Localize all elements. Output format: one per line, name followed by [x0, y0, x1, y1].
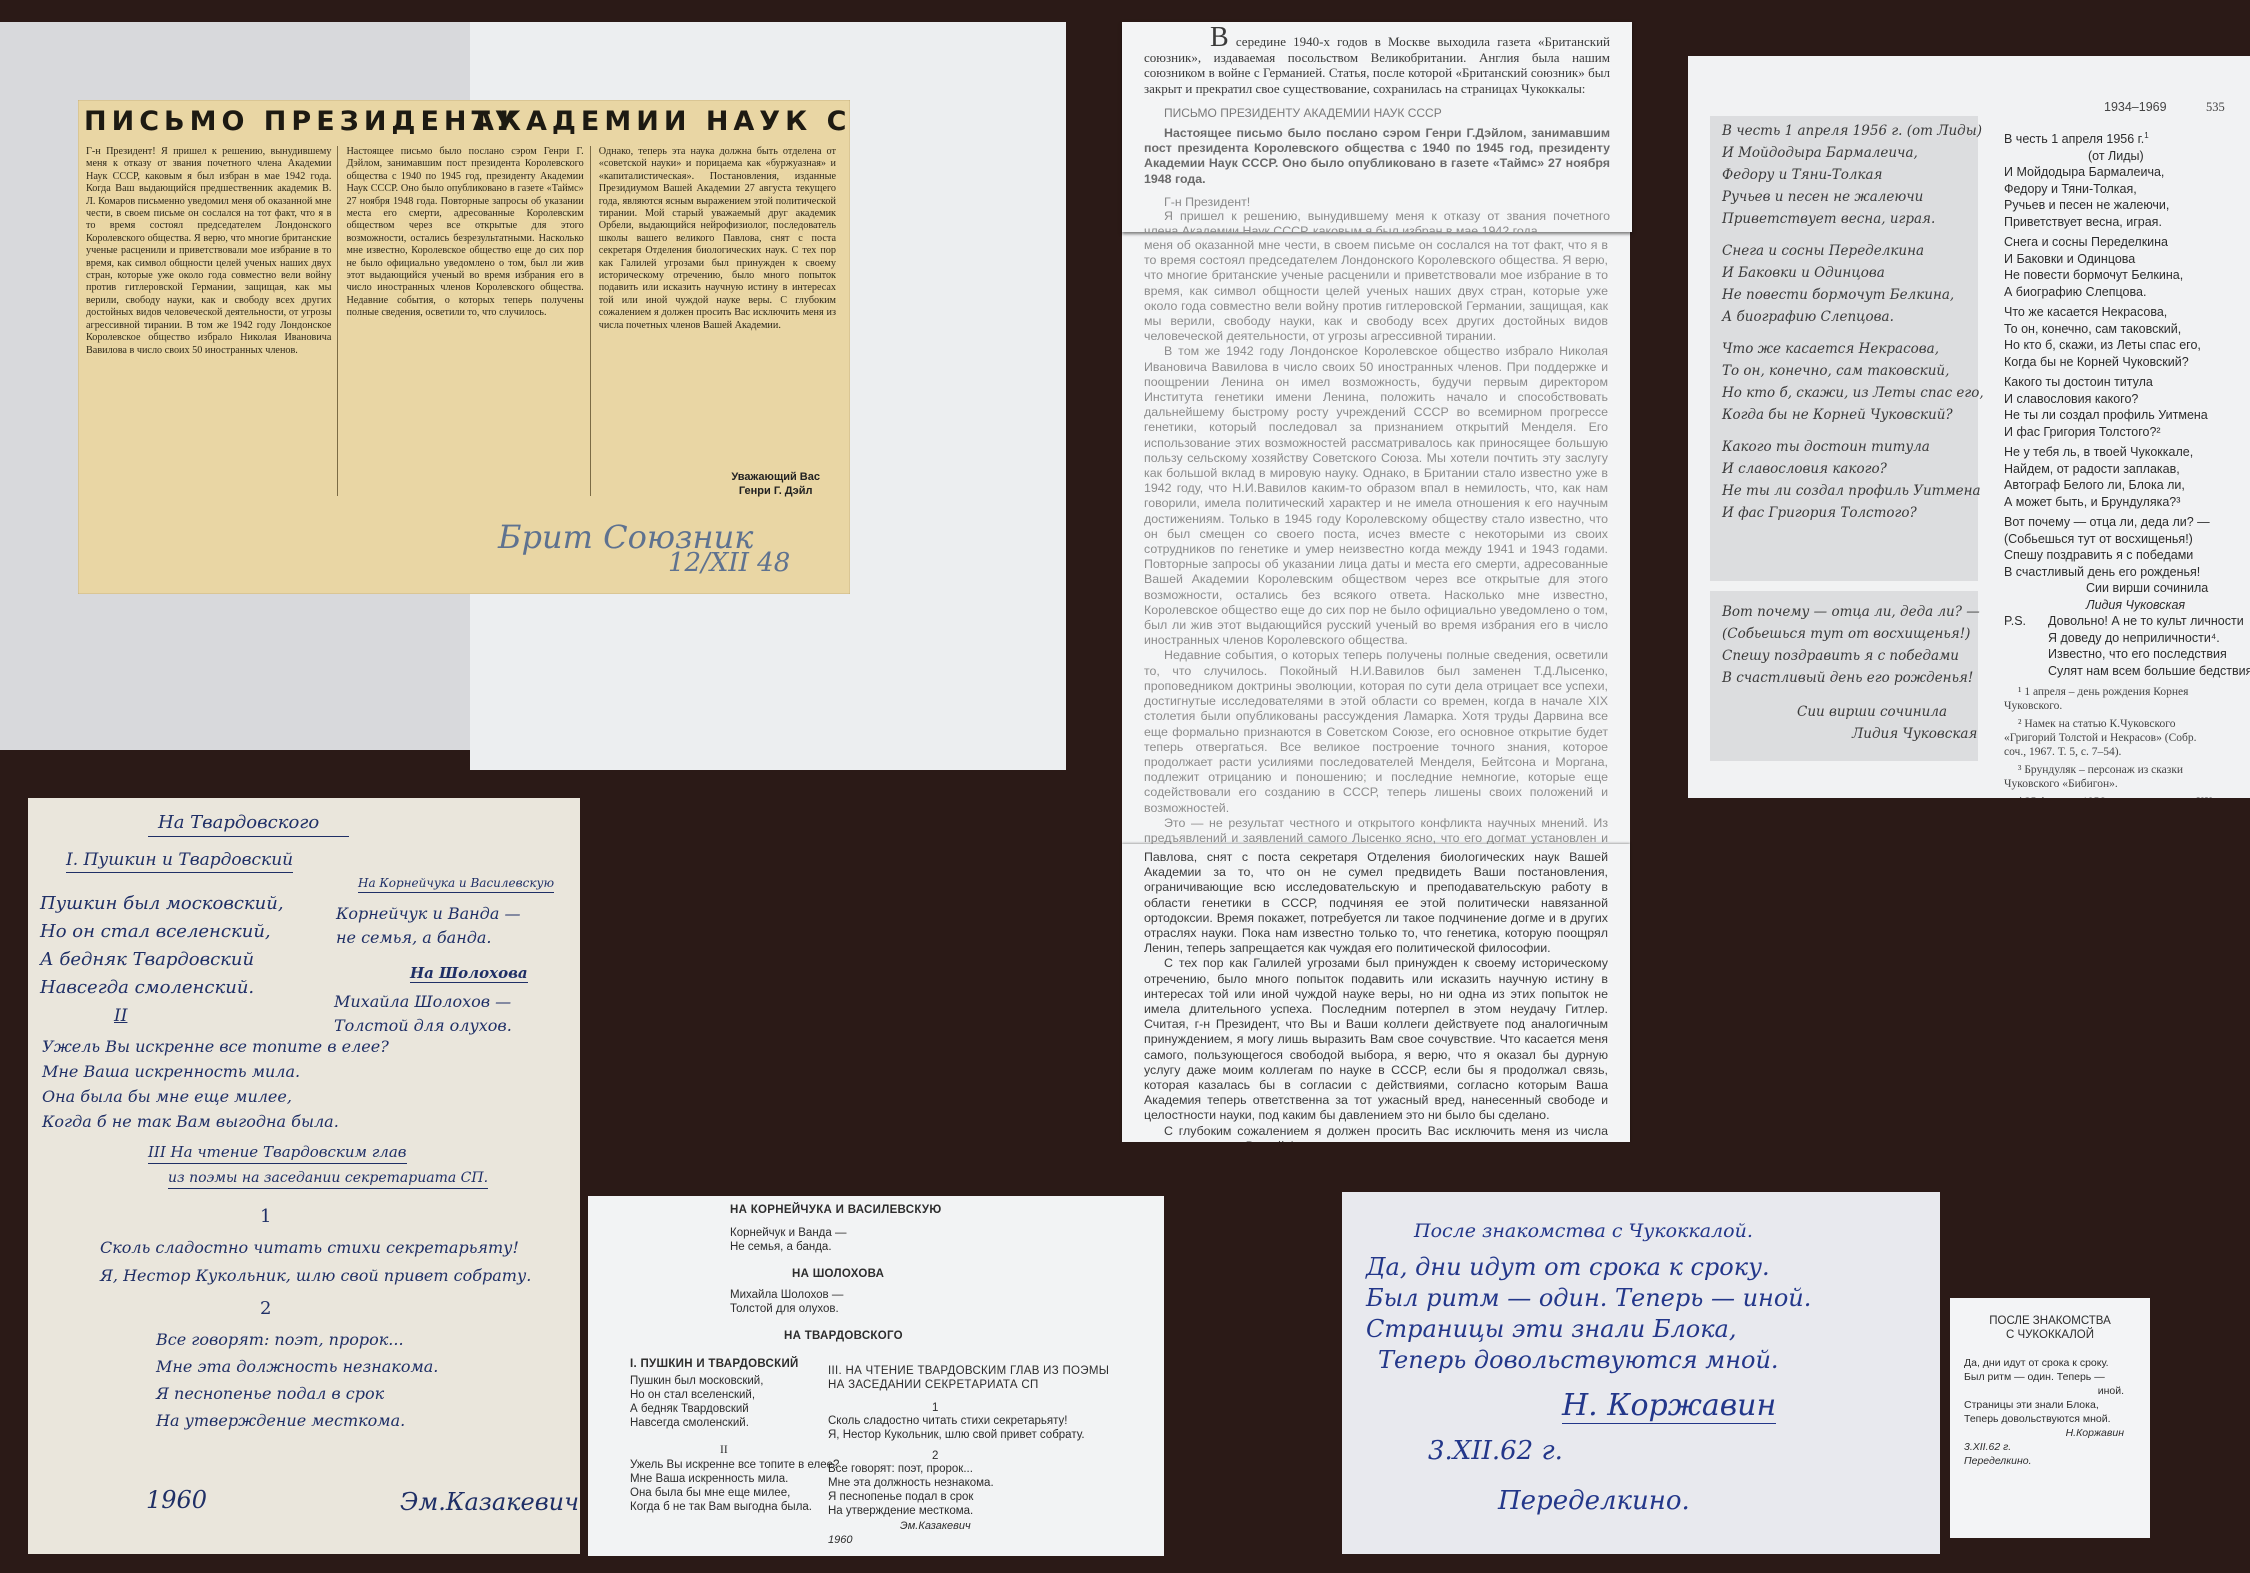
- poem-line: Федору и Тяни-Толкая,: [2004, 181, 2244, 198]
- manuscript-line: Не ты ли создал профиль Уитмена: [1722, 480, 1984, 502]
- letter-intro-dropcap: В: [1144, 22, 1229, 53]
- kt-author: Н.Коржавин: [1964, 1426, 2124, 1440]
- ms-section3-title-1: III На чтение Твардовским глав: [148, 1143, 407, 1164]
- ts-s1: Пушкин был московский, Но он стал вселен…: [630, 1374, 763, 1430]
- poem-signoff-2: Лидия Чуковская: [2086, 597, 2244, 614]
- poem-line: И Мойдодыра Бармалеича,: [2004, 164, 2244, 181]
- poem-line: Страницы эти знали Блока,: [1964, 1398, 2124, 1412]
- ps-label: P.S.: [2004, 613, 2026, 679]
- kt-title-1: ПОСЛЕ ЗНАКОМСТВА: [1950, 1314, 2150, 1328]
- poem-line: Корнейчук и Ванда —: [730, 1226, 846, 1240]
- ts-t1: Корнейчук и Ванда — Не семья, а банда.: [730, 1226, 846, 1254]
- ms-part1-num: 1: [260, 1206, 271, 1227]
- manuscript-line: Но кто б, скажи, из Леты спас его,: [1722, 382, 1984, 404]
- letter-para-1: Я пришел к решению, вынудившему меня к о…: [1144, 209, 1610, 232]
- poem-line: Да, дни идут от срока к сроку.: [1964, 1356, 2124, 1370]
- manuscript-line: Снега и сосны Переделкина: [1722, 240, 1984, 262]
- clipping-signoff: Уважающий Вас Генри Г. Дэйл: [731, 470, 820, 498]
- poem-line: Вот почему — отца ли, деда ли? —: [2004, 514, 2244, 531]
- manuscript-line: И Баковки и Одинцова: [1722, 262, 1984, 284]
- poem-line: То он, конечно, сам таковский,: [2004, 321, 2244, 338]
- poem-line: Довольно! А не то культ личности: [2048, 613, 2250, 630]
- poem-line: На утверждение месткома.: [828, 1504, 994, 1518]
- ts-s2-num: II: [720, 1442, 728, 1459]
- ms-year: 1960: [146, 1486, 207, 1514]
- poem-line: Какого ты достоин титула: [2004, 374, 2244, 391]
- clipping-columns: Г-н Президент! Я пришел к решению, вынуд…: [86, 146, 842, 496]
- postscript: P.S. Довольно! А не то культ личности Я …: [2004, 613, 2244, 679]
- ms-line: А бедняк Твардовский: [40, 946, 284, 974]
- poem-line: Я доведу до неприличности⁴.: [2048, 630, 2250, 647]
- ps-lines: Довольно! А не то культ личности Я довед…: [2048, 613, 2250, 679]
- ms-line: Мне Ваша искренность мила.: [42, 1059, 389, 1084]
- stanza-3: Что же касается Некрасова, То он, конечн…: [2004, 304, 2244, 370]
- footnote: ¹ 1 апреля – день рождения Корнея Чуковс…: [2004, 685, 2214, 713]
- kz-line: Страницы эти знали Блока,: [1366, 1314, 1811, 1345]
- kt-title: ПОСЛЕ ЗНАКОМСТВА С ЧУКОККАЛОЙ: [1950, 1314, 2150, 1342]
- kz-line-title: После знакомства с Чукоккалой.: [1414, 1220, 1753, 1242]
- stanza-1: И Мойдодыра Бармалеича, Федору и Тяни-То…: [2004, 164, 2244, 230]
- ms-part2: Все говорят: поэт, пророк... Мне эта дол…: [156, 1326, 438, 1434]
- manuscript-line: Не повести бормочут Белкина,: [1722, 284, 1984, 306]
- printed-letter-bottom: Павлова, снят с поста секретаря Отделени…: [1122, 844, 1630, 1142]
- poem-line: Ручьев и песен не жалеючи,: [2004, 197, 2244, 214]
- ms-title: На Твардовского: [148, 812, 349, 837]
- stanza-6: Вот почему — отца ли, деда ли? — (Собьеш…: [2004, 514, 2244, 580]
- poem-line: Но кто б, скажи, из Леты спас его,: [2004, 337, 2244, 354]
- poem-line: Она была бы мне еще милее,: [630, 1486, 839, 1500]
- kt-title-2: С ЧУКОККАЛОЙ: [1950, 1328, 2150, 1342]
- manuscript-line: Вот почему — отца ли, деда ли? —: [1722, 601, 1980, 623]
- stanza-5: Не у тебя ль, в твоей Чукоккале, Найдем,…: [2004, 444, 2244, 510]
- printed-letter-middle: меня об оказанной мне чести, в своем пис…: [1122, 232, 1630, 844]
- korzhavin-typeset: ПОСЛЕ ЗНАКОМСТВА С ЧУКОККАЛОЙ Да, дни ид…: [1950, 1298, 2150, 1538]
- manuscript-line: Какого ты достоин титула: [1722, 436, 1984, 458]
- letter-lead: Настоящее письмо было послано сэром Генр…: [1144, 126, 1610, 187]
- ms-section2-num: II: [114, 1006, 127, 1026]
- poem-line: Что же касается Некрасова,: [2004, 304, 2244, 321]
- footnote: ³ Брундуляк – персонаж из сказки Чуковск…: [2004, 763, 2214, 791]
- ts-year: 1960: [828, 1532, 852, 1549]
- kt-lines: Да, дни идут от срока к сроку. Был ритм …: [1964, 1356, 2124, 1468]
- ms-signature: Эм.Казакевич: [400, 1488, 579, 1516]
- ts-t2: Михайла Шолохов — Толстой для олухов.: [730, 1288, 843, 1316]
- stanza-4: Какого ты достоин титула И славословия к…: [2004, 374, 2244, 440]
- poem-line: Сулят нам всем большие бедствия.: [2048, 663, 2250, 680]
- kazakevich-manuscript: На Твардовского I. Пушкин и Твардовский …: [28, 798, 580, 1554]
- stanza-2: Снега и сосны Переделкина И Баковки и Од…: [2004, 234, 2244, 300]
- poem-line: Не семья, а банда.: [730, 1240, 846, 1254]
- ts-p2: Все говорят: поэт, пророк... Мне эта дол…: [828, 1462, 994, 1518]
- poem-line: Автограф Белого ли, Блока ли,: [2004, 477, 2244, 494]
- kazakevich-typeset: НА КОРНЕЙЧУКА И ВАСИЛЕВСКУЮ Корнейчук и …: [588, 1196, 1164, 1556]
- typeset-poem: В честь 1 апреля 1956 г.1 (от Лиды) И Мо…: [2004, 128, 2244, 798]
- clipping-title-left: ПИСЬМО ПРЕЗИДЕНТУ: [84, 106, 521, 137]
- poem-line: А может быть, и Брундуляка?³: [2004, 494, 2244, 511]
- clipping-title-right: АКАДЕМИИ НАУК СССР: [473, 106, 850, 137]
- poem-line: иной.: [1964, 1384, 2124, 1398]
- ts-h3: НА ТВАРДОВСКОГО: [784, 1330, 903, 1342]
- clipping-column-1: Г-н Президент! Я пришел к решению, вынуд…: [86, 146, 338, 496]
- manuscript-lines-bottom: Вот почему — отца ли, деда ли? — (Собьеш…: [1722, 601, 1980, 745]
- letter-para-9: С тех пор как Галилей угрозами был прину…: [1144, 956, 1608, 1123]
- poem-line: И Баковки и Одинцова: [2004, 251, 2244, 268]
- manuscript-lines-top: В честь 1 апреля 1956 г. (от Лиды) И Мой…: [1722, 120, 1984, 524]
- ts-h1: НА КОРНЕЙЧУКА И ВАСИЛЕВСКУЮ: [730, 1204, 942, 1216]
- letter-para-4: В том же 1942 году Лондонское Королевско…: [1144, 344, 1608, 648]
- poem-line: Я песнопенье подал в срок: [828, 1490, 994, 1504]
- poem-line: Пушкин был московский,: [630, 1374, 763, 1388]
- ms-line: Я песнопенье подал в срок: [156, 1380, 438, 1407]
- poem-line: В счастливый день его рожденья!: [2004, 564, 2244, 581]
- clipping-handwritten-date: 12/XII 48: [668, 548, 790, 578]
- poem-line: Не ты ли создал профиль Уитмена: [2004, 407, 2244, 424]
- manuscript-line: Федору и Тяни-Толкая: [1722, 164, 1984, 186]
- poem-line: И фас Григория Толстого?²: [2004, 424, 2244, 441]
- kz-date: 3.XII.62 г.: [1428, 1436, 1563, 1466]
- manuscript-line: И славословия какого?: [1722, 458, 1984, 480]
- manuscript-line: Ручьев и песен не жалеючи: [1722, 186, 1984, 208]
- poem-line: Я, Нестор Кукольник, шлю свой привет соб…: [828, 1428, 1085, 1442]
- manuscript-line: Что же касается Некрасова,: [1722, 338, 1984, 360]
- ms-line: Мне эта должность незнакома.: [156, 1353, 438, 1380]
- footnotes: ¹ 1 апреля – день рождения Корнея Чуковс…: [2004, 685, 2214, 798]
- clipping-closing: Уважающий Вас: [731, 470, 820, 484]
- running-head: 1934–1969: [2104, 100, 2167, 114]
- ms-line: Пушкин был московский,: [40, 890, 284, 918]
- ms-right-text1: Корнейчук и Ванда — не семья, а банда.: [336, 902, 520, 950]
- poem-line: Не у тебя ль, в твоей Чукоккале,: [2004, 444, 2244, 461]
- poem-line: Когда б не так Вам выгодна была.: [630, 1500, 839, 1514]
- poem-from: (от Лиды): [2088, 148, 2244, 165]
- poem-line: Но он стал вселенский,: [630, 1388, 763, 1402]
- clipping-column-2: Настоящее письмо было послано сэром Генр…: [346, 146, 590, 496]
- ms-right-title1: На Корнейчука и Василевскую: [358, 876, 554, 893]
- ts-h2: НА ШОЛОХОВА: [792, 1268, 884, 1280]
- ms-section3-title-2: из поэмы на заседании секретариата СП.: [168, 1170, 488, 1189]
- ms-line: Навсегда смоленский.: [40, 974, 284, 1002]
- letter-para-10: С глубоким сожалением я должен просить В…: [1144, 1124, 1608, 1142]
- letter-para-8: Павлова, снят с поста секретаря Отделени…: [1144, 850, 1608, 956]
- poem-line: Мне эта должность незнакома.: [828, 1476, 994, 1490]
- ms-line: Михайла Шолохов —: [334, 990, 512, 1014]
- manuscript-line: А биографию Слепцова.: [1722, 306, 1984, 328]
- ms-line: Когда б не так Вам выгодна была.: [42, 1109, 389, 1134]
- printed-letter-top: В середине 1940-х годов в Москве выходил…: [1122, 22, 1632, 232]
- ms-line: На утверждение месткома.: [156, 1407, 438, 1434]
- poem-line: А бедняк Твардовский: [630, 1402, 763, 1416]
- manuscript-line: (Собьешься тут от восхищенья!): [1722, 623, 1980, 645]
- ts-s1-title: I. ПУШКИН И ТВАРДОВСКИЙ: [630, 1358, 799, 1370]
- ms-section2: Ужель Вы искренне все топите в елее? Мне…: [42, 1034, 389, 1134]
- manuscript-line: Когда бы не Корней Чуковский?: [1722, 404, 1984, 426]
- ms-part2-num: 2: [260, 1298, 271, 1319]
- letter-para-6: Это — не результат честного и открытого …: [1144, 816, 1608, 844]
- kz-lines: Да, дни идут от срока к сроку. Был ритм …: [1366, 1252, 1811, 1376]
- ms-line: Все говорят: поэт, пророк...: [156, 1326, 438, 1353]
- poem-line: Михайла Шолохов —: [730, 1288, 843, 1302]
- poem-line: Мне Ваша искренность мила.: [630, 1472, 839, 1486]
- clipping-signature: Генри Г. Дэйл: [731, 484, 820, 498]
- poem-line: Навсегда смоленский.: [630, 1416, 763, 1430]
- ms-line: Корнейчук и Ванда —: [336, 902, 520, 926]
- poem-line: Известно, что его последствия: [2048, 646, 2250, 663]
- ts-author: Эм.Казакевич: [900, 1518, 971, 1535]
- ms-line: Ужель Вы искренне все топите в елее?: [42, 1034, 389, 1059]
- korzhavin-manuscript: После знакомства с Чукоккалой. Да, дни и…: [1342, 1192, 1940, 1554]
- ts-p1: Сколь сладостно читать стихи секретарьят…: [828, 1414, 1085, 1442]
- poem-line: Был ритм — один. Теперь —: [1964, 1370, 2124, 1384]
- footnote: ⁴ 25 февраля 1956 года в докладе на XX с…: [2004, 795, 2214, 798]
- poem-line: Ужель Вы искренне все топите в елее?: [630, 1458, 839, 1472]
- manuscript-line: И фас Григория Толстого?: [1722, 502, 1984, 524]
- poem-signoff-1: Сии вирши сочинила: [2086, 580, 2244, 597]
- poem-line: Все говорят: поэт, пророк...: [828, 1462, 994, 1476]
- poem-line: Теперь довольствуются мной.: [1964, 1412, 2124, 1426]
- kt-place: Переделкино.: [1964, 1454, 2124, 1468]
- manuscript-line: Лидия Чуковская: [1852, 723, 1980, 745]
- kz-line: Был ритм — один. Теперь — иной.: [1366, 1283, 1811, 1314]
- letter-para-3: меня об оказанной мне чести, в своем пис…: [1144, 238, 1608, 344]
- kt-date: 3.XII.62 г.: [1964, 1440, 2124, 1454]
- poem-line: А биографию Слепцова.: [2004, 284, 2244, 301]
- poem-line: Когда бы не Корней Чуковский?: [2004, 354, 2244, 371]
- letter-salutation: Г-н Президент!: [1164, 195, 1610, 209]
- poem-title-text: В честь 1 апреля 1956 г.: [2004, 132, 2144, 146]
- footnote: ² Намек на статью К.Чуковского «Григорий…: [2004, 717, 2214, 759]
- manuscript-line: То он, конечно, сам таковский,: [1722, 360, 1984, 382]
- ms-part1: Сколь сладостно читать стихи секретарьят…: [100, 1234, 531, 1290]
- poem-line: Сколь сладостно читать стихи секретарьят…: [828, 1414, 1085, 1428]
- ts-s3-title: III. НА ЧТЕНИЕ ТВАРДОВСКИМ ГЛАВ ИЗ ПОЭМЫ…: [828, 1364, 1109, 1392]
- ms-right-text2: Михайла Шолохов — Толстой для олухов.: [334, 990, 512, 1038]
- page-number: 535: [2206, 100, 2225, 115]
- ms-line: Она была бы мне еще милее,: [42, 1084, 389, 1109]
- manuscript-line: В честь 1 апреля 1956 г. (от Лиды): [1722, 120, 1984, 142]
- footnote-ref: 1: [2144, 131, 2148, 140]
- poem-line: Не повести бормочут Белкина,: [2004, 267, 2244, 284]
- manuscript-line: Приветствует весна, играя.: [1722, 208, 1984, 230]
- ms-right-title2: На Шолохова: [410, 964, 528, 983]
- letter-para-5: Недавние события, о которых теперь получ…: [1144, 648, 1608, 815]
- ts-s3-title-1: III. НА ЧТЕНИЕ ТВАРДОВСКИМ ГЛАВ ИЗ ПОЭМЫ: [828, 1364, 1109, 1378]
- manuscript-line: Спешу поздравить я с победами: [1722, 645, 1980, 667]
- poem-line: Найдем, от радости заплакав,: [2004, 461, 2244, 478]
- letter-heading: ПИСЬМО ПРЕЗИДЕНТУ АКАДЕМИИ НАУК СССР: [1164, 106, 1610, 120]
- ms-section1: Пушкин был московский, Но он стал вселен…: [40, 890, 284, 1002]
- manuscript-line: Сии вирши сочинила: [1797, 701, 1980, 723]
- ts-s2: Ужель Вы искренне все топите в елее? Мне…: [630, 1458, 839, 1514]
- letter-intro: В середине 1940-х годов в Москве выходил…: [1144, 30, 1610, 96]
- poem-line: Спешу поздравить я с победами: [2004, 547, 2244, 564]
- clipping-column-3: Однако, теперь эта наука должна быть отд…: [599, 146, 842, 496]
- ms-line: не семья, а банда.: [336, 926, 520, 950]
- poem-title: В честь 1 апреля 1956 г.1: [2004, 128, 2244, 148]
- kz-line: Теперь довольствуются мной.: [1378, 1345, 1811, 1376]
- ms-line: Но он стал вселенский,: [40, 918, 284, 946]
- newspaper-clipping: ПИСЬМО ПРЕЗИДЕНТУ АКАДЕМИИ НАУК СССР Г-н…: [78, 100, 850, 594]
- kz-place: Переделкино.: [1498, 1486, 1690, 1516]
- ts-s3-title-2: НА ЗАСЕДАНИИ СЕКРЕТАРИАТА СП: [828, 1378, 1109, 1392]
- kz-signature: Н. Коржавин: [1562, 1388, 1776, 1424]
- book-page-535: В честь 1 апреля 1956 г. (от Лиды) И Мой…: [1688, 56, 2250, 798]
- poem-line: Толстой для олухов.: [730, 1302, 843, 1316]
- manuscript-line: И Мойдодыра Бармалеича,: [1722, 142, 1984, 164]
- kz-line: Да, дни идут от срока к сроку.: [1366, 1252, 1811, 1283]
- poem-line: Приветствует весна, играя.: [2004, 214, 2244, 231]
- ms-section1-title: I. Пушкин и Твардовский: [66, 850, 293, 873]
- poem-line: (Собьешься тут от восхищенья!): [2004, 531, 2244, 548]
- manuscript-line: В счастливый день его рожденья!: [1722, 667, 1980, 689]
- poem-line: Снега и сосны Переделкина: [2004, 234, 2244, 251]
- ms-line: Я, Нестор Кукольник, шлю свой привет соб…: [100, 1262, 531, 1290]
- poem-line: И славословия какого?: [2004, 391, 2244, 408]
- ms-line: Сколь сладостно читать стихи секретарьят…: [100, 1234, 531, 1262]
